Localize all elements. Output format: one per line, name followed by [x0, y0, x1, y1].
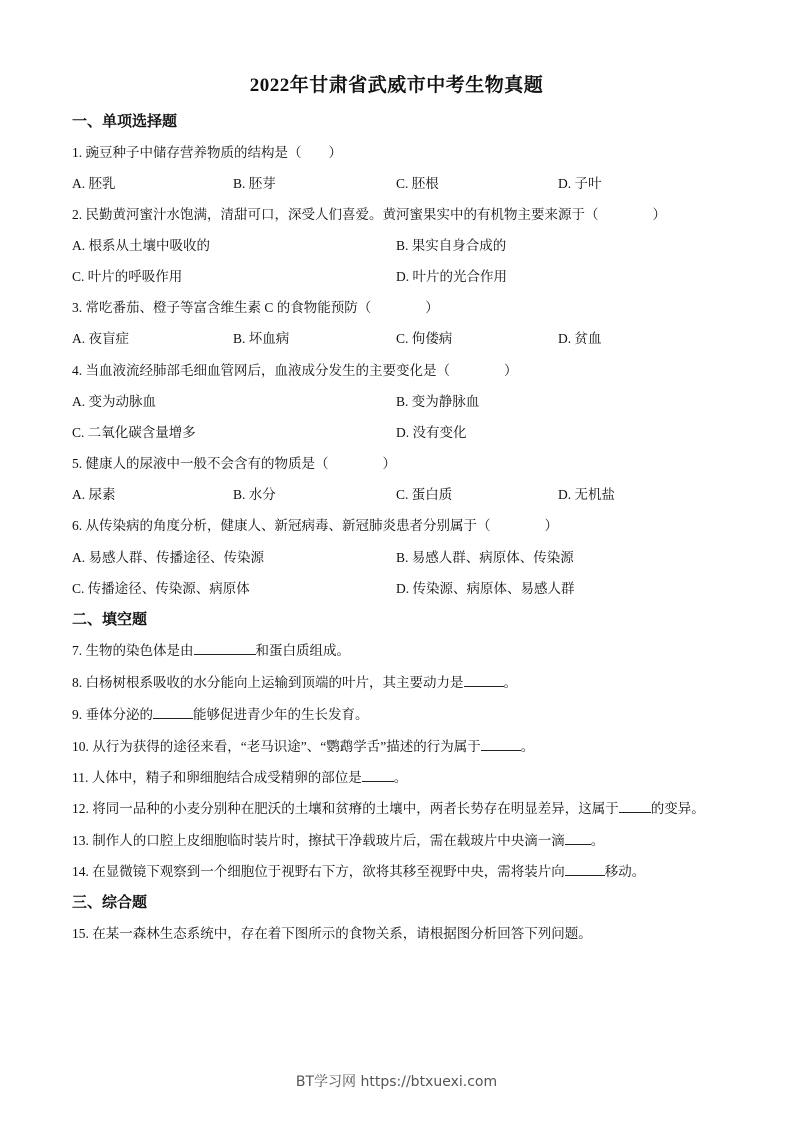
question-text: 14. 在显微镜下观察到一个细胞位于视野右下方，欲将其移至视野中央，需将装片向	[72, 864, 565, 879]
option-b: B. 水分	[233, 483, 276, 503]
option-b: B. 易感人群、病原体、传染源	[396, 546, 574, 566]
question-text: 11. 人体中，精子和卵细胞结合成受精卵的部位是	[72, 770, 362, 785]
question-text: 13. 制作人的口腔上皮细胞临时装片时，擦拭干净载玻片后，需在载玻片中央滴一滴	[72, 833, 565, 848]
question-text: 能够促进青少年的生长发育。	[193, 707, 369, 722]
option-b: B. 坏血病	[233, 327, 289, 347]
option-b: B. 变为静脉血	[396, 390, 479, 410]
answer-blank	[565, 863, 605, 876]
option-c: C. 传播途径、传染源、病原体	[72, 577, 250, 597]
question-text: 8. 白杨树根系吸收的水分能向上运输到顶端的叶片，其主要动力是	[72, 675, 464, 690]
question-text: 12. 将同一品种的小麦分别种在肥沃的土壤和贫瘠的土壤中，两者长势存在明显差异，…	[72, 801, 619, 816]
option-a: A. 根系从土壤中吸收的	[72, 234, 210, 254]
question-stem: 5. 健康人的尿液中一般不会含有的物质是（ ）	[72, 452, 396, 472]
fill-in-question: 9. 垂体分泌的能够促进青少年的生长发育。	[72, 703, 369, 723]
exam-page: 2022年甘肃省武威市中考生物真题 一、单项选择题 1. 豌豆种子中储存营养物质…	[0, 0, 793, 1122]
answer-blank	[565, 832, 591, 845]
option-c: C. 二氧化碳含量增多	[72, 421, 196, 441]
question-text: 。	[394, 770, 408, 785]
question-text: 和蛋白质组成。	[256, 643, 351, 658]
option-a: A. 尿素	[72, 483, 116, 503]
question-stem: 6. 从传染病的角度分析，健康人、新冠病毒、新冠肺炎患者分别属于（ ）	[72, 514, 558, 534]
question-text: 。	[591, 833, 605, 848]
question-text: 的变异。	[651, 801, 705, 816]
answer-blank	[619, 800, 651, 813]
answer-blank	[362, 769, 394, 782]
option-d: D. 没有变化	[396, 421, 467, 441]
option-d: D. 无机盐	[558, 483, 615, 503]
option-c: C. 叶片的呼吸作用	[72, 265, 182, 285]
fill-in-question: 10. 从行为获得的途径来看，“老马识途”、“鹦鹉学舌”描述的行为属于。	[72, 735, 534, 755]
fill-in-question: 11. 人体中，精子和卵细胞结合成受精卵的部位是。	[72, 766, 407, 786]
footer-watermark: BT学习网 https://btxuexi.com	[0, 1071, 793, 1091]
option-a: A. 变为动脉血	[72, 390, 156, 410]
question-text: 7. 生物的染色体是由	[72, 643, 194, 658]
question-stem: 15. 在某一森林生态系统中，存在着下图所示的食物关系，请根据图分析回答下列问题…	[72, 922, 592, 942]
option-d: D. 贫血	[558, 327, 602, 347]
option-a: A. 易感人群、传播途径、传染源	[72, 546, 264, 566]
page-title: 2022年甘肃省武威市中考生物真题	[0, 70, 793, 97]
option-b: B. 果实自身合成的	[396, 234, 506, 254]
option-d: D. 子叶	[558, 172, 602, 192]
fill-in-question: 7. 生物的染色体是由和蛋白质组成。	[72, 639, 350, 659]
option-a: A. 夜盲症	[72, 327, 129, 347]
fill-in-question: 14. 在显微镜下观察到一个细胞位于视野右下方，欲将其移至视野中央，需将装片向移…	[72, 860, 645, 880]
question-text: 。	[504, 675, 518, 690]
question-text: 9. 垂体分泌的	[72, 707, 153, 722]
question-text: 移动。	[605, 864, 646, 879]
answer-blank	[194, 642, 256, 655]
section-heading-comprehensive: 三、综合题	[72, 891, 147, 912]
option-c: C. 胚根	[396, 172, 439, 192]
section-heading-single-choice: 一、单项选择题	[72, 110, 177, 131]
fill-in-question: 8. 白杨树根系吸收的水分能向上运输到顶端的叶片，其主要动力是。	[72, 671, 517, 691]
answer-blank	[464, 674, 504, 687]
option-b: B. 胚芽	[233, 172, 276, 192]
answer-blank	[481, 738, 521, 751]
answer-blank	[153, 706, 193, 719]
option-d: D. 叶片的光合作用	[396, 265, 507, 285]
question-text: 。	[521, 739, 535, 754]
question-stem: 1. 豌豆种子中储存营养物质的结构是（ ）	[72, 141, 342, 161]
section-heading-fill-in: 二、填空题	[72, 608, 147, 629]
option-a: A. 胚乳	[72, 172, 116, 192]
question-stem: 4. 当血液流经肺部毛细血管网后，血液成分发生的主要变化是（ ）	[72, 359, 518, 379]
option-d: D. 传染源、病原体、易感人群	[396, 577, 575, 597]
option-c: C. 佝偻病	[396, 327, 452, 347]
fill-in-question: 12. 将同一品种的小麦分别种在肥沃的土壤和贫瘠的土壤中，两者长势存在明显差异，…	[72, 797, 705, 817]
question-stem: 3. 常吃番茄、橙子等富含维生素 C 的食物能预防（ ）	[72, 296, 439, 316]
option-c: C. 蛋白质	[396, 483, 452, 503]
fill-in-question: 13. 制作人的口腔上皮细胞临时装片时，擦拭干净载玻片后，需在载玻片中央滴一滴。	[72, 829, 604, 849]
question-stem: 2. 民勤黄河蜜汁水饱满，清甜可口，深受人们喜爱。黄河蜜果实中的有机物主要来源于…	[72, 203, 666, 223]
question-text: 10. 从行为获得的途径来看，“老马识途”、“鹦鹉学舌”描述的行为属于	[72, 739, 481, 754]
